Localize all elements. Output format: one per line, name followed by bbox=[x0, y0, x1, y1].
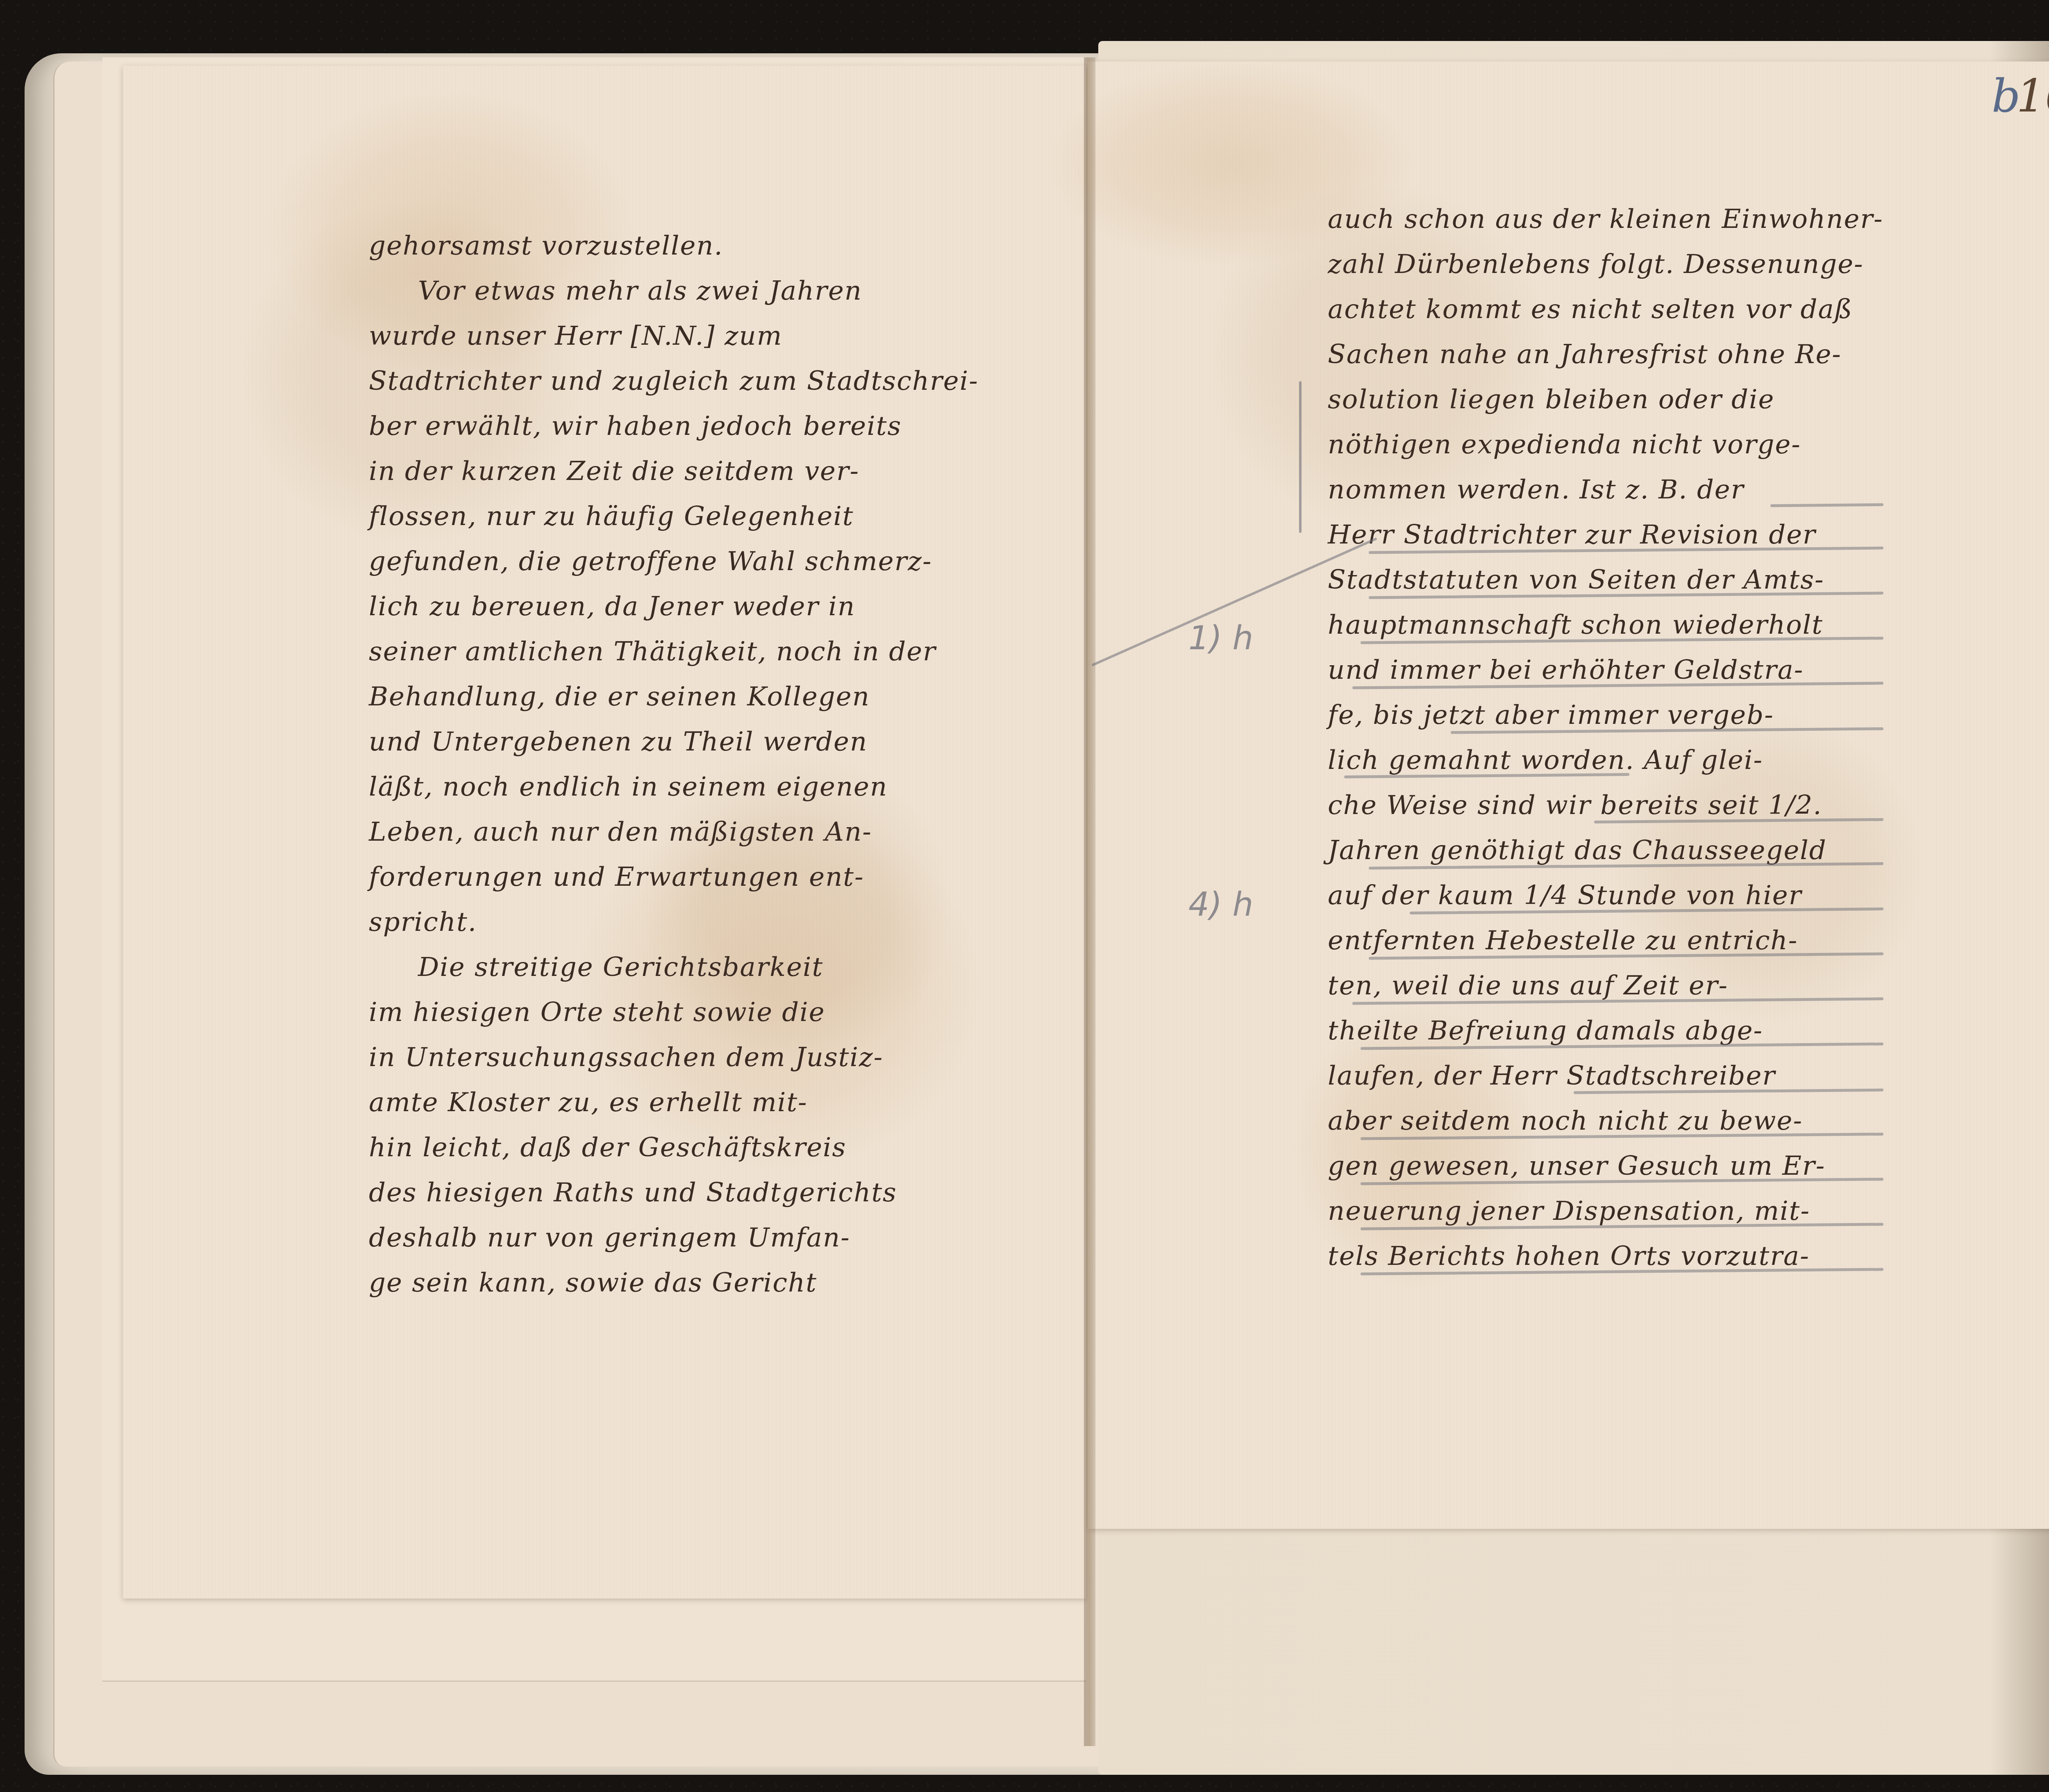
text-line-underlined: che Weise sind wir bereits seit 1/2. bbox=[1328, 783, 1883, 828]
text-line: Leben, auch nur den mäßigsten An- bbox=[369, 810, 979, 855]
text-line: Stadtrichter und zugleich zum Stadtschre… bbox=[369, 359, 979, 404]
text-line: ge sein kann, sowie das Gericht bbox=[369, 1260, 979, 1305]
text-line: achtet kommt es nicht selten vor daß bbox=[1328, 287, 1883, 332]
text-line-underlined: auf der kaum 1/4 Stunde von hier bbox=[1328, 873, 1883, 918]
folio-number: b16. bbox=[1992, 70, 2049, 122]
text-line-underlined: tels Berichts hohen Orts vorzutra- bbox=[1328, 1234, 1883, 1279]
text-line: zahl Dürbenlebens folgt. Dessenunge- bbox=[1328, 242, 1883, 287]
text-line-underlined: Jahren genöthigt das Chausseegeld bbox=[1328, 828, 1883, 873]
text-line: solution liegen bleiben oder die bbox=[1328, 377, 1883, 422]
text-line: wurde unser Herr [N.N.] zum bbox=[369, 314, 979, 359]
text-line: seiner amtlichen Thätigkeit, noch in der bbox=[369, 629, 979, 674]
text-line: auch schon aus der kleinen Einwohner- bbox=[1328, 197, 1883, 242]
text-line-underlined: fe, bis jetzt aber immer vergeb- bbox=[1328, 693, 1883, 738]
text-line-underlined: Herr Stadtrichter zur Revision der bbox=[1328, 512, 1883, 557]
text-line-underlined: laufen, der Herr Stadtschreiber bbox=[1328, 1053, 1883, 1098]
pencil-note-upper: 1) h bbox=[1188, 619, 1253, 657]
pencil-margin-bracket bbox=[1299, 381, 1302, 533]
text-line-underlined: gen gewesen, unser Gesuch um Er- bbox=[1328, 1144, 1883, 1189]
book-gutter bbox=[1084, 57, 1095, 1746]
text-line: Sachen nahe an Jahresfrist ohne Re- bbox=[1328, 332, 1883, 377]
pencil-note-lower: 4) h bbox=[1188, 885, 1253, 923]
text-line: Behandlung, die er seinen Kollegen bbox=[369, 674, 979, 719]
text-line: lich zu bereuen, da Jener weder in bbox=[369, 584, 979, 629]
text-line: amte Kloster zu, es erhellt mit- bbox=[369, 1080, 979, 1125]
text-line-underlined: lich gemahnt worden. Auf glei- bbox=[1328, 738, 1883, 783]
text-line-underlined: theilte Befreiung damals abge- bbox=[1328, 1008, 1883, 1053]
right-page-text: auch schon aus der kleinen Einwohner- za… bbox=[1328, 197, 1883, 1279]
left-page-text: gehorsamst vorzustellen. Vor etwas mehr … bbox=[369, 223, 979, 1305]
text-line-underlined: Stadtstatuten von Seiten der Amts- bbox=[1328, 557, 1883, 603]
text-line: im hiesigen Orte steht sowie die bbox=[369, 990, 979, 1035]
text-line: Vor etwas mehr als zwei Jahren bbox=[369, 268, 979, 314]
text-line-underlined: nommen werden. Ist z. B. der bbox=[1328, 467, 1883, 512]
text-line: hin leicht, daß der Geschäftskreis bbox=[369, 1125, 979, 1170]
text-line: deshalb nur von geringem Umfan- bbox=[369, 1215, 979, 1260]
text-line-underlined: ten, weil die uns auf Zeit er- bbox=[1328, 963, 1883, 1008]
folio-ink-number: 16. bbox=[2016, 70, 2049, 122]
text-line: des hiesigen Raths und Stadtgerichts bbox=[369, 1170, 979, 1215]
text-line: in der kurzen Zeit die seitdem ver- bbox=[369, 449, 979, 494]
text-line: läßt, noch endlich in seinem eigenen bbox=[369, 764, 979, 810]
text-line: ber erwählt, wir haben jedoch bereits bbox=[369, 404, 979, 449]
text-line-underlined: neuerung jener Dispensation, mit- bbox=[1328, 1189, 1883, 1234]
text-line: Die streitige Gerichtsbarkeit bbox=[369, 945, 979, 990]
text-line: und Untergebenen zu Theil werden bbox=[369, 719, 979, 764]
text-line: spricht. bbox=[369, 900, 979, 945]
text-line: gehorsamst vorzustellen. bbox=[369, 223, 979, 268]
text-line-underlined: entfernten Hebestelle zu entrich- bbox=[1328, 918, 1883, 963]
text-line: in Untersuchungssachen dem Justiz- bbox=[369, 1035, 979, 1080]
text-line-underlined: aber seitdem noch nicht zu bewe- bbox=[1328, 1098, 1883, 1144]
text-line-underlined: und immer bei erhöhter Geldstra- bbox=[1328, 648, 1883, 693]
text-line: forderungen und Erwartungen ent- bbox=[369, 855, 979, 900]
text-line: gefunden, die getroffene Wahl schmerz- bbox=[369, 539, 979, 584]
text-line: flossen, nur zu häufig Gelegenheit bbox=[369, 494, 979, 539]
text-line-underlined: hauptmannschaft schon wiederholt bbox=[1328, 603, 1883, 648]
text-line: nöthigen expedienda nicht vorge- bbox=[1328, 422, 1883, 467]
